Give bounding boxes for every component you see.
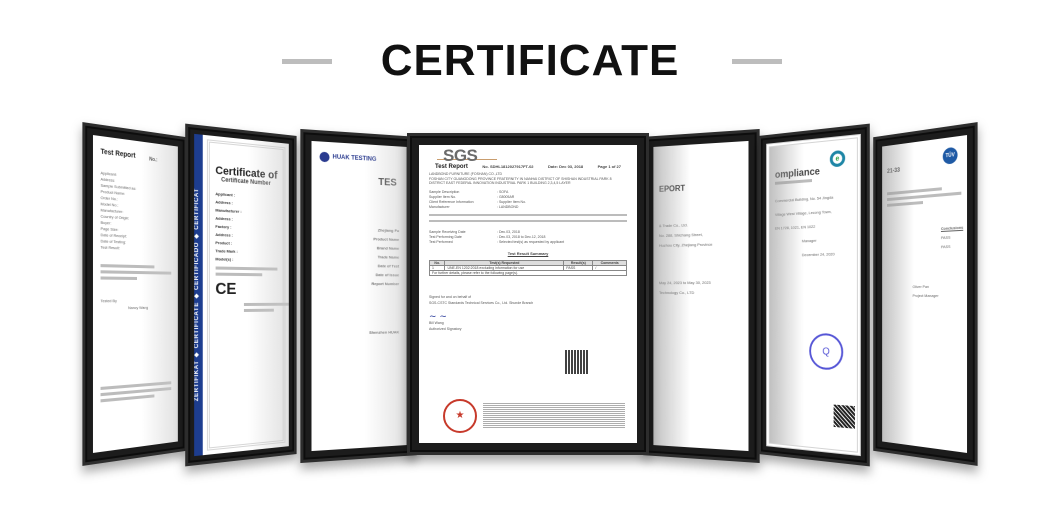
- field-value: May 24, 2023 to May 30, 2023: [659, 279, 742, 287]
- certificate-paper: EPORT & Trade Co., Ltd.No. 288, Shichang…: [653, 141, 748, 451]
- certificate-frame-huak[interactable]: HUAK TESTING TES Zhejiang FuProduct Name…: [300, 129, 417, 463]
- info-row: Manufacturer: LANDBOND: [429, 205, 627, 210]
- field-list: ConclusionsPASSPASSOliver PanProject Man…: [887, 223, 961, 301]
- signed-by: SGS-CSTC Standards Technical Services Co…: [429, 300, 627, 306]
- certificate-gallery: Test Report No.: Applicant:Address:Sampl…: [0, 125, 1060, 465]
- info-value: : Selected test(s) as requested by appli…: [497, 240, 564, 245]
- certificate-paper: Test Report No.: Applicant:Address:Sampl…: [93, 135, 178, 453]
- report-number-label: No.:: [149, 157, 157, 165]
- certificate-frame-report[interactable]: EPORT & Trade Co., Ltd.No. 288, Shichang…: [643, 129, 760, 463]
- certificate-frame-compliance[interactable]: e ompliance Commercial Building, No. 54 …: [758, 124, 869, 467]
- field-value: Village West Village, Lecong Town,: [775, 207, 851, 219]
- certification-seal-icon: Q: [809, 333, 843, 371]
- field-value: Project Manager: [913, 291, 962, 300]
- certificate-band: ZERTIFIKAT ◆ CERTIFICATE ◆ CERTIFICADO ◆…: [194, 134, 203, 456]
- field-value: December 24, 2020: [802, 250, 851, 259]
- field-value: Technology Co., LTD: [659, 289, 742, 297]
- report-title: Test Report: [435, 164, 468, 170]
- field-label: Report Number: [320, 279, 400, 288]
- info-value: : LANDBOND: [497, 205, 518, 210]
- certificate-paper: ZERTIFIKAT ◆ CERTIFICATE ◆ CERTIFICADO ◆…: [194, 134, 289, 456]
- field-label: Shenzhen HUAK: [320, 327, 400, 337]
- info-key: Manufacturer: [429, 205, 497, 210]
- field-value: PASS: [941, 241, 961, 251]
- certificate-frame-sgs[interactable]: SGS Test Report No. SDHL1812027917FT-02 …: [407, 133, 649, 455]
- field-list: Applicant :Address :Manufacturer :Addres…: [215, 190, 277, 265]
- field-value: & Trade Co., Ltd.: [659, 220, 742, 230]
- certificate-frame-test-report[interactable]: Test Report No.: Applicant:Address:Sampl…: [82, 122, 186, 466]
- report-number: No. SDHL1812027917FT-02: [482, 164, 533, 170]
- certificate-title: ompliance: [775, 166, 851, 179]
- result-summary-table: No.Test(s) RequestedResult(s)Comments 1U…: [429, 260, 627, 276]
- tester-name: Nancy Wang: [128, 304, 171, 311]
- qr-code-icon: [834, 405, 855, 429]
- certificate-title: TES: [378, 179, 399, 187]
- fine-print: [483, 403, 625, 429]
- field-value: Huzhou City, Zhejiang Province: [659, 240, 742, 250]
- huak-logo: HUAK TESTING: [320, 152, 400, 167]
- sgs-logo: SGS: [443, 153, 627, 159]
- signatory-role: Authorized Signatory: [429, 326, 627, 332]
- table-note: For further details, please refer to the…: [430, 270, 627, 275]
- certificate-frame-tuv[interactable]: TÜV 21-33 ConclusionsPASSPASSOliver PanP…: [873, 122, 977, 466]
- field-list: Applicant:Address:Sample Submitted as:Pr…: [101, 170, 172, 253]
- certificate-paper: SGS Test Report No. SDHL1812027917FT-02 …: [419, 145, 637, 443]
- sample-info: Sample Description: SOFASupplier Item No…: [429, 190, 627, 210]
- certificate-frame-ce[interactable]: ZERTIFIKAT ◆ CERTIFICATE ◆ CERTIFICADO ◆…: [185, 124, 296, 467]
- field-value: Conclusions: [941, 223, 961, 233]
- info-key: Test Performed: [429, 240, 497, 245]
- ce-mark-icon: CE: [215, 286, 277, 293]
- field-list: Commercial Building, No. 54 JingdaVillag…: [775, 192, 851, 260]
- field-label: Model(s) :: [215, 255, 277, 264]
- field-value: EN 1728, 1021, EN 1022: [775, 221, 851, 232]
- field-list: & Trade Co., Ltd.No. 288, Shichang Stree…: [659, 220, 742, 297]
- page-title: CERTIFICATE: [0, 36, 1060, 86]
- field-value: No. 288, Shichang Street,: [659, 230, 742, 240]
- field-value: Commercial Building, No. 54 Jingda: [775, 192, 851, 205]
- section-header: CERTIFICATE: [0, 28, 1060, 98]
- company-address: FOSHAN CITY GUANGDONG PROVINCE FRATERNIT…: [429, 177, 627, 186]
- field-value: Manager: [802, 235, 851, 245]
- certificate-paper: HUAK TESTING TES Zhejiang FuProduct Name…: [311, 141, 406, 451]
- certificate-paper: TÜV 21-33 ConclusionsPASSPASSOliver PanP…: [882, 135, 967, 453]
- summary-title: Test Result Summary: [429, 251, 627, 257]
- field-value: Oliver Pan: [913, 282, 962, 291]
- field-list: Zhejiang FuProduct NameBrand NameTrade N…: [320, 224, 400, 338]
- eq-logo-icon: e: [830, 150, 845, 168]
- date-info: Sample Receiving Date: Dec.03, 2018Test …: [429, 230, 627, 245]
- report-date: Date: Dec 03, 2018: [548, 164, 583, 170]
- certificate-paper: e ompliance Commercial Building, No. 54 …: [766, 134, 861, 456]
- info-row: Test Performed: Selected test(s) as requ…: [429, 240, 627, 245]
- header-rule-right: [732, 59, 782, 64]
- qr-code-icon: [565, 350, 589, 374]
- huak-logo-icon: [320, 152, 330, 163]
- certificate-subtitle: Certificate Number: [221, 177, 277, 188]
- official-stamp-icon: ★: [443, 399, 477, 433]
- report-page: Page 1 of 27: [598, 164, 621, 170]
- table-row: For further details, please refer to the…: [430, 270, 627, 275]
